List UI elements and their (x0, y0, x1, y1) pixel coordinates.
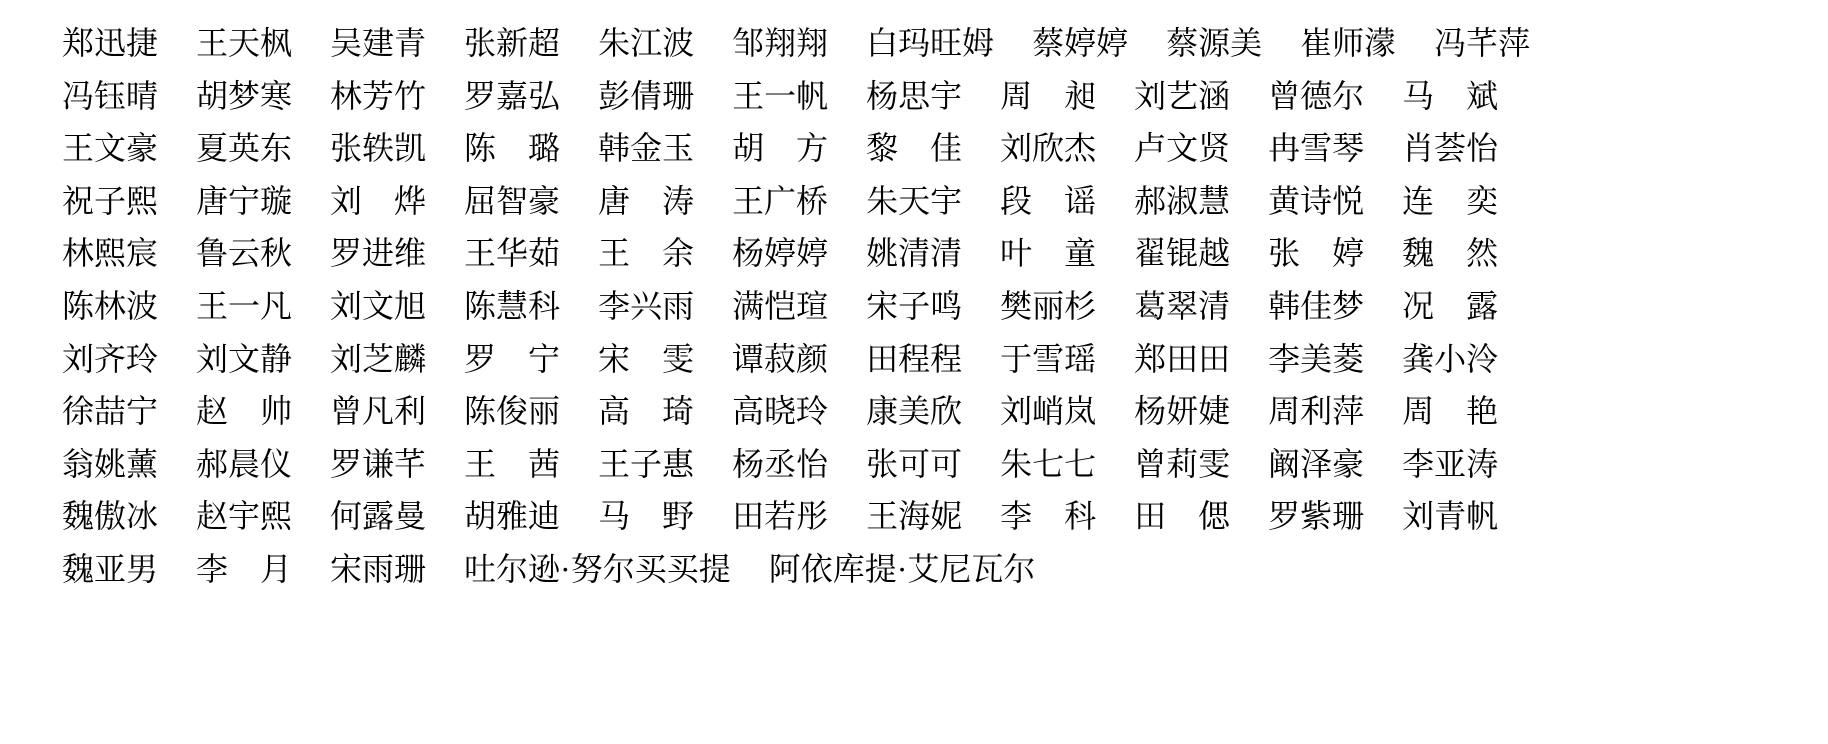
name-item: 杨丞怡 (732, 438, 828, 491)
name-item: 王子惠 (598, 438, 694, 491)
name-item: 张新超 (464, 17, 560, 70)
name-item: 王天枫 (196, 17, 292, 70)
name-item: 田程程 (866, 333, 962, 386)
name-item: 罗嘉弘 (464, 70, 560, 123)
name-row: 魏亚男李月宋雨珊吐尔逊·努尔买买提阿依库提·艾尼瓦尔 (62, 543, 1828, 596)
name-item: 于雪瑶 (1000, 333, 1096, 386)
name-item: 卢文贤 (1134, 122, 1230, 175)
name-item: 刘芝麟 (330, 333, 426, 386)
name-item: 林熙宸 (62, 227, 158, 280)
name-item: 高晓玲 (732, 385, 828, 438)
name-item: 翁姚薰 (62, 438, 158, 491)
name-item: 赵帅 (196, 385, 292, 438)
name-item: 祝子熙 (62, 175, 158, 228)
name-item: 段谣 (1000, 175, 1096, 228)
name-item: 田偲 (1134, 490, 1230, 543)
name-item: 葛翠清 (1134, 280, 1230, 333)
name-item: 韩佳梦 (1268, 280, 1364, 333)
name-item: 唐涛 (598, 175, 694, 228)
name-item: 彭倩珊 (598, 70, 694, 123)
name-item: 李亚涛 (1402, 438, 1498, 491)
name-item: 朱七七 (1000, 438, 1096, 491)
name-item: 罗谦芊 (330, 438, 426, 491)
name-item: 王余 (598, 227, 694, 280)
name-item: 张可可 (866, 438, 962, 491)
name-item: 蔡源美 (1166, 17, 1262, 70)
name-item: 王一帆 (732, 70, 828, 123)
name-roster-page: 郑迅捷王天枫吴建青张新超朱江波邹翔翔白玛旺姆蔡婷婷蔡源美崔师濛冯芊萍冯钰晴胡梦寒… (0, 0, 1828, 596)
name-item: 王茜 (464, 438, 560, 491)
name-item: 马野 (598, 490, 694, 543)
name-item: 吴建青 (330, 17, 426, 70)
name-row: 陈林波王一凡刘文旭陈慧科李兴雨满恺瑄宋子鸣樊丽杉葛翠清韩佳梦况露 (62, 280, 1828, 333)
name-row: 刘齐玲刘文静刘芝麟罗宁宋雯谭菽颜田程程于雪瑶郑田田李美菱龚小泠 (62, 333, 1828, 386)
name-item: 曾凡利 (330, 385, 426, 438)
name-item: 夏英东 (196, 122, 292, 175)
name-item: 姚清清 (866, 227, 962, 280)
name-item: 谭菽颜 (732, 333, 828, 386)
name-item: 李美菱 (1268, 333, 1364, 386)
name-item: 胡方 (732, 122, 828, 175)
name-item: 高琦 (598, 385, 694, 438)
name-row: 王文豪夏英东张轶凯陈璐韩金玉胡方黎佳刘欣杰卢文贤冉雪琴肖荟怡 (62, 122, 1828, 175)
name-item: 罗紫珊 (1268, 490, 1364, 543)
name-item: 王海妮 (866, 490, 962, 543)
name-item: 郝晨仪 (196, 438, 292, 491)
name-item: 阚泽豪 (1268, 438, 1364, 491)
name-item: 阿依库提·艾尼瓦尔 (769, 543, 1036, 596)
name-item: 魏然 (1402, 227, 1498, 280)
name-item: 郑迅捷 (62, 17, 158, 70)
name-item: 曾德尔 (1268, 70, 1364, 123)
name-item: 刘峭岚 (1000, 385, 1096, 438)
name-item: 肖荟怡 (1402, 122, 1498, 175)
name-item: 王广桥 (732, 175, 828, 228)
name-item: 张婷 (1268, 227, 1364, 280)
name-item: 罗进维 (330, 227, 426, 280)
name-item: 屈智豪 (464, 175, 560, 228)
name-item: 周利萍 (1268, 385, 1364, 438)
name-item: 刘欣杰 (1000, 122, 1096, 175)
name-item: 宋雨珊 (330, 543, 426, 596)
name-item: 郝淑慧 (1134, 175, 1230, 228)
name-item: 韩金玉 (598, 122, 694, 175)
name-item: 周昶 (1000, 70, 1096, 123)
name-item: 蔡婷婷 (1032, 17, 1128, 70)
name-item: 王华茹 (464, 227, 560, 280)
name-item: 罗宁 (464, 333, 560, 386)
name-item: 冯芊萍 (1434, 17, 1530, 70)
name-item: 况露 (1402, 280, 1498, 333)
name-item: 魏傲冰 (62, 490, 158, 543)
name-item: 徐喆宁 (62, 385, 158, 438)
name-item: 张轶凯 (330, 122, 426, 175)
name-item: 黄诗悦 (1268, 175, 1364, 228)
name-item: 刘青帆 (1402, 490, 1498, 543)
name-item: 林芳竹 (330, 70, 426, 123)
name-item: 王一凡 (196, 280, 292, 333)
name-item: 胡雅迪 (464, 490, 560, 543)
name-item: 陈璐 (464, 122, 560, 175)
name-item: 赵宇熙 (196, 490, 292, 543)
name-item: 宋子鸣 (866, 280, 962, 333)
name-item: 杨婷婷 (732, 227, 828, 280)
name-item: 田若彤 (732, 490, 828, 543)
name-item: 李兴雨 (598, 280, 694, 333)
name-item: 刘文静 (196, 333, 292, 386)
name-item: 陈慧科 (464, 280, 560, 333)
name-item: 杨妍婕 (1134, 385, 1230, 438)
name-grid: 郑迅捷王天枫吴建青张新超朱江波邹翔翔白玛旺姆蔡婷婷蔡源美崔师濛冯芊萍冯钰晴胡梦寒… (0, 0, 1828, 596)
name-item: 翟锟越 (1134, 227, 1230, 280)
name-item: 周艳 (1402, 385, 1498, 438)
name-item: 李科 (1000, 490, 1096, 543)
name-item: 樊丽杉 (1000, 280, 1096, 333)
name-item: 黎佳 (866, 122, 962, 175)
name-item: 朱天宇 (866, 175, 962, 228)
name-item: 刘烨 (330, 175, 426, 228)
name-row: 徐喆宁赵帅曾凡利陈俊丽高琦高晓玲康美欣刘峭岚杨妍婕周利萍周艳 (62, 385, 1828, 438)
name-item: 胡梦寒 (196, 70, 292, 123)
name-item: 刘齐玲 (62, 333, 158, 386)
name-item: 郑田田 (1134, 333, 1230, 386)
name-item: 朱江波 (598, 17, 694, 70)
name-item: 王文豪 (62, 122, 158, 175)
name-item: 崔师濛 (1300, 17, 1396, 70)
name-item: 马斌 (1402, 70, 1498, 123)
name-row: 魏傲冰赵宇熙何露曼胡雅迪马野田若彤王海妮李科田偲罗紫珊刘青帆 (62, 490, 1828, 543)
name-item: 满恺瑄 (732, 280, 828, 333)
name-row: 祝子熙唐宁璇刘烨屈智豪唐涛王广桥朱天宇段谣郝淑慧黄诗悦连奕 (62, 175, 1828, 228)
name-item: 唐宁璇 (196, 175, 292, 228)
name-item: 鲁云秋 (196, 227, 292, 280)
name-item: 连奕 (1402, 175, 1498, 228)
name-row: 林熙宸鲁云秋罗进维王华茹王余杨婷婷姚清清叶童翟锟越张婷魏然 (62, 227, 1828, 280)
name-row: 冯钰晴胡梦寒林芳竹罗嘉弘彭倩珊王一帆杨思宇周昶刘艺涵曾德尔马斌 (62, 70, 1828, 123)
name-item: 杨思宇 (866, 70, 962, 123)
name-item: 曾莉雯 (1134, 438, 1230, 491)
name-item: 龚小泠 (1402, 333, 1498, 386)
name-item: 冉雪琴 (1268, 122, 1364, 175)
name-item: 刘文旭 (330, 280, 426, 333)
name-item: 何露曼 (330, 490, 426, 543)
name-item: 邹翔翔 (732, 17, 828, 70)
name-item: 吐尔逊·努尔买买提 (464, 543, 731, 596)
name-item: 刘艺涵 (1134, 70, 1230, 123)
name-item: 康美欣 (866, 385, 962, 438)
name-item: 李月 (196, 543, 292, 596)
name-item: 陈林波 (62, 280, 158, 333)
name-row: 翁姚薰郝晨仪罗谦芊王茜王子惠杨丞怡张可可朱七七曾莉雯阚泽豪李亚涛 (62, 438, 1828, 491)
name-item: 叶童 (1000, 227, 1096, 280)
name-item: 魏亚男 (62, 543, 158, 596)
name-item: 陈俊丽 (464, 385, 560, 438)
name-item: 宋雯 (598, 333, 694, 386)
name-row: 郑迅捷王天枫吴建青张新超朱江波邹翔翔白玛旺姆蔡婷婷蔡源美崔师濛冯芊萍 (62, 17, 1828, 70)
name-item: 冯钰晴 (62, 70, 158, 123)
name-item: 白玛旺姆 (866, 17, 994, 70)
